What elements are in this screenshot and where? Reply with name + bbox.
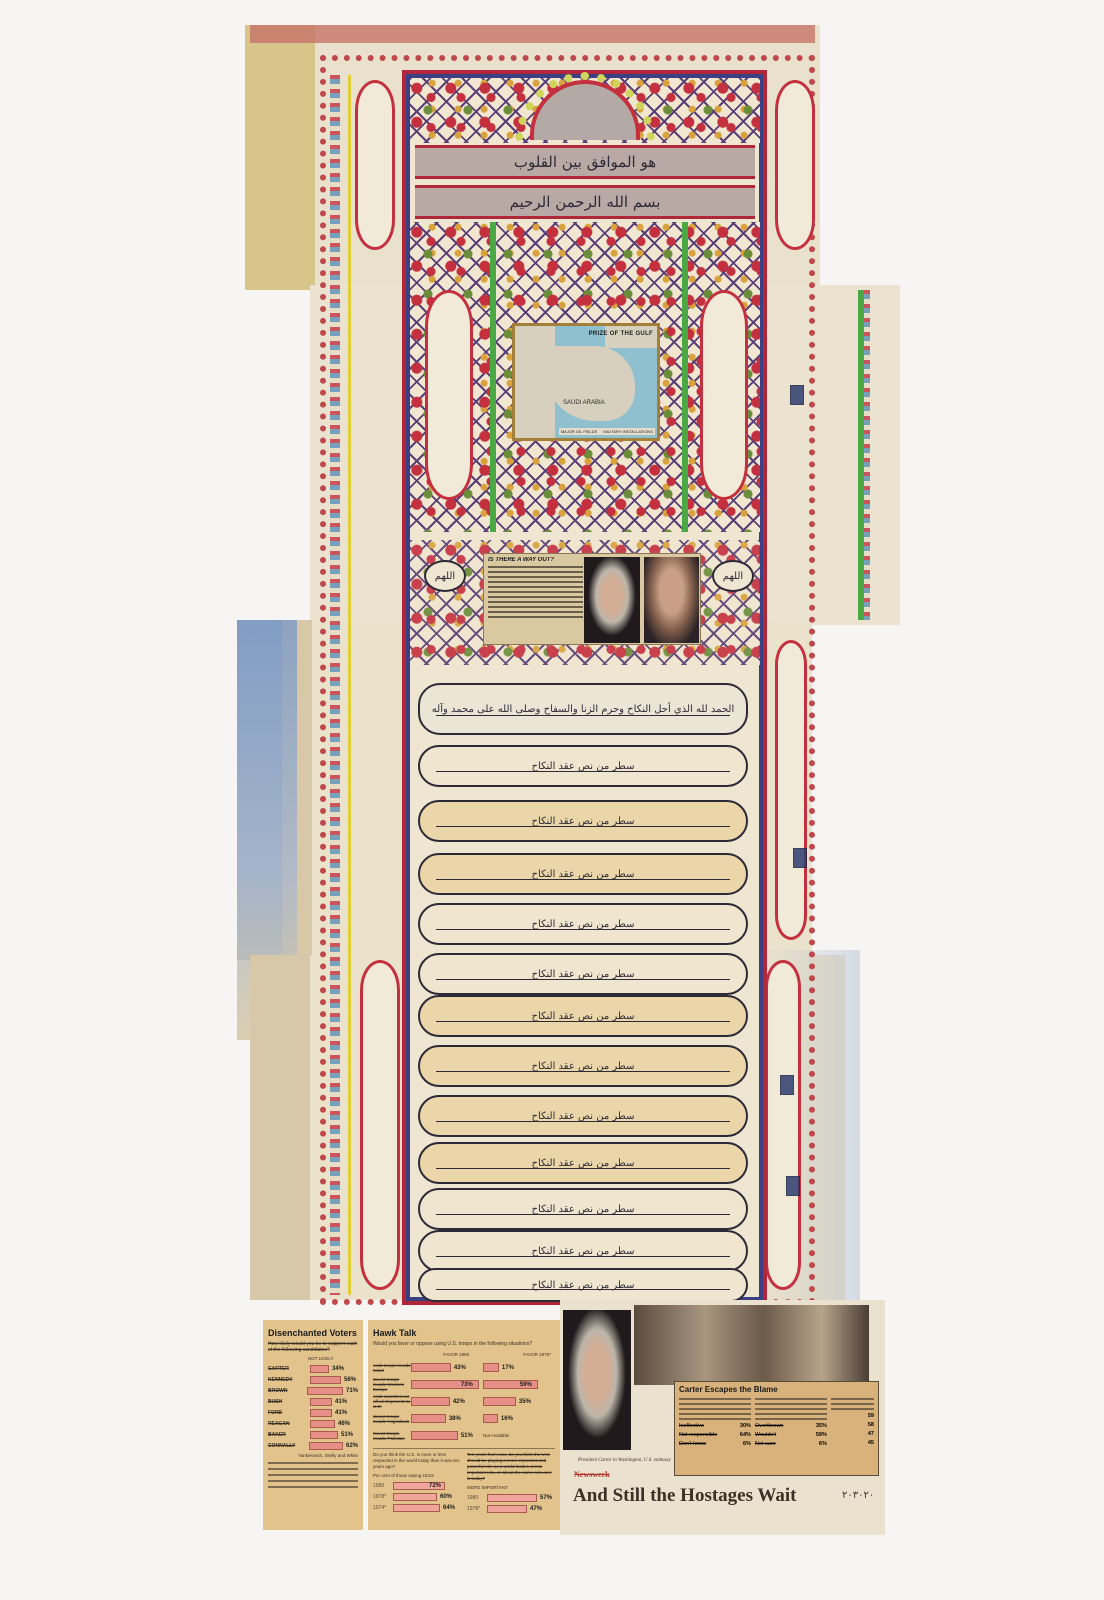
text-row: سطر من نص عقد النكاح (418, 1142, 748, 1184)
hawk-subcharts: Do you think the U.S. is more or less re… (373, 1448, 555, 1514)
bar-value: 46% (338, 1421, 350, 1427)
way-out-article: IS THERE A WAY OUT? (488, 557, 583, 641)
right-arch-panel-bottom (765, 960, 801, 1290)
bar (309, 1442, 343, 1450)
text-row-content: سطر من نص عقد النكاح (522, 761, 645, 772)
text-row-content: سطر من نص عقد النكاح (522, 1280, 645, 1291)
bar-label: BROWN (268, 1388, 307, 1394)
bar-value: 62% (346, 1443, 358, 1449)
text-row-content: سطر من نص عقد النكاح (522, 1061, 645, 1072)
header-band: هو الموافق بين القلوب (415, 145, 755, 179)
text-row: سطر من نص عقد النكاح (418, 745, 748, 787)
bar (310, 1398, 332, 1406)
text-row-content: سطر من نص عقد النكاح (522, 816, 645, 827)
voters-bar-row: BROWN71% (268, 1385, 358, 1396)
bar-label: BUSH (268, 1399, 310, 1405)
hostage-crowd-photo (634, 1305, 869, 1385)
carter-photo (584, 557, 640, 643)
cartouche-left: اللهم (424, 560, 466, 592)
way-out-clipping: IS THERE A WAY OUT? (483, 553, 701, 645)
hawk-row-label: Soviet troops invade Western Europe (373, 1377, 411, 1392)
redacted-article (268, 1462, 358, 1488)
green-pillar-right (682, 222, 688, 532)
voters-source: Yankelovich, Skelly and White (268, 1453, 358, 1458)
bar (310, 1365, 329, 1373)
map-country-label: SAUDI ARABIA (563, 400, 605, 406)
hawk-question: Would you favor or oppose using U.S. tro… (373, 1341, 555, 1347)
hawk-bar-row: Soviet troops invade Western Europe73%59… (373, 1376, 555, 1393)
bismillah-text: بسم الله الرحمن الرحيم (510, 193, 661, 211)
respect-bar-row: 198072% (373, 1480, 461, 1491)
bar-value: 41% (335, 1399, 347, 1405)
seal-stamp (780, 1075, 794, 1095)
voters-bar-row: REAGAN46% (268, 1418, 358, 1429)
hawk-column-headers: FAVOR 1980 FAVOR 1978* (373, 1350, 555, 1359)
article-redacted-lines (488, 566, 583, 618)
voters-bar-row: CONNALLY62% (268, 1440, 358, 1451)
voters-column-header: NOT LIKELY (308, 1356, 358, 1361)
voters-bar-row: CARTER34% (268, 1363, 358, 1374)
hawk-row-label: Arab countries cut off oil shipments to … (373, 1394, 411, 1409)
right-medallion-panel (700, 290, 748, 500)
seal-stamp (790, 385, 804, 405)
text-row: سطر من نص عقد النكاح (418, 1268, 748, 1302)
bar-label: FORD (268, 1410, 310, 1416)
text-row-content: سطر من نص عقد النكاح (522, 919, 645, 930)
hostages-headline: And Still the Hostages Wait (573, 1485, 796, 1507)
seal-stamp (793, 848, 807, 868)
respect-question: Do you think the U.S. is more or less re… (373, 1452, 461, 1470)
hawk-row-label: Arab troops invade Israel (373, 1363, 411, 1373)
left-arch-panel-top (355, 80, 395, 250)
hawk-chart-title: Hawk Talk (373, 1328, 555, 1338)
right-arch-panel-lower (775, 640, 807, 940)
top-red-wash (250, 25, 815, 43)
bar-value: 51% (341, 1432, 353, 1438)
map-iran-land (605, 326, 660, 348)
bar (307, 1387, 343, 1395)
text-row-content: سطر من نص عقد النكاح (522, 869, 645, 880)
bar-label: CONNALLY (268, 1443, 309, 1449)
bismillah-band: بسم الله الرحمن الرحيم (415, 185, 755, 219)
khomeini-photo (644, 557, 699, 643)
respect-subchart: Do you think the U.S. is more or less re… (373, 1452, 461, 1514)
important-sub: MORE IMPORTANT (467, 1485, 555, 1490)
photo-caption: President Carter in Washington, U.S. emb… (578, 1458, 671, 1463)
bar-value: 41% (335, 1410, 347, 1416)
voters-bar-row: KENNEDY56% (268, 1374, 358, 1385)
text-row: سطر من نص عقد النكاح (418, 953, 748, 995)
carter-close-up-photo (563, 1310, 631, 1450)
bar-label: BAKER (268, 1432, 310, 1438)
voters-bar-row: FORD41% (268, 1407, 358, 1418)
persian-date: ۲۰۳۰۲۰ (842, 1490, 874, 1501)
text-row-content: سطر من نص عقد النكاح (522, 1204, 645, 1215)
text-row-content: سطر من نص عقد النكاح (522, 1158, 645, 1169)
opening-text: الحمد لله الذي أحل النكاح وحرم الزنا وال… (422, 704, 744, 715)
text-row: سطر من نص عقد النكاح (418, 853, 748, 895)
newsweek-kicker: Newsweek (574, 1470, 610, 1479)
hawk-col2-header: FAVOR 1978* (523, 1352, 551, 1357)
bar-label: REAGAN (268, 1421, 310, 1427)
blame-col-right: 59 58 47 45 (831, 1395, 874, 1447)
bar-value: 71% (346, 1388, 358, 1394)
blame-col-mid: Overthrown35% Wouldn't59% Not sure6% (755, 1395, 827, 1447)
bar-value: 56% (344, 1377, 356, 1383)
map-arabia-land (545, 346, 635, 421)
bar-label: CARTER (268, 1366, 310, 1372)
respect-bar-row: 1974*64% (373, 1502, 461, 1513)
carter-escapes-blame-clipping: Carter Escapes the Blame Ineffective30% … (674, 1381, 879, 1476)
left-decorative-strip (330, 75, 340, 1295)
voters-chart-title: Disenchanted Voters (268, 1328, 358, 1338)
legend-military: MILITARY INSTALLATIONS (603, 429, 653, 434)
hawk-row-label: Soviet troops invade Yugoslavia (373, 1414, 411, 1424)
left-arch-panel-bottom (360, 960, 400, 1290)
hawk-row-label: Soviet troops invade Pakistan (373, 1431, 411, 1441)
left-medallion-panel (425, 290, 473, 500)
cartouche-left-text: اللهم (435, 571, 455, 582)
seal-stamp (786, 1176, 800, 1196)
text-row-content: سطر من نص عقد النكاح (522, 1011, 645, 1022)
map-title: PRIZE OF THE GULF (589, 331, 653, 337)
blame-columns: Ineffective30% Not responsible64% Don't … (675, 1395, 878, 1447)
gulf-map-clipping: PRIZE OF THE GULF SAUDI ARABIA MAJOR OIL… (512, 323, 660, 441)
blame-col-left: Ineffective30% Not responsible64% Don't … (679, 1395, 751, 1447)
important-bar-row: 1978*47% (467, 1503, 555, 1514)
bar (310, 1409, 332, 1417)
bar (310, 1376, 341, 1384)
voters-bar-row: BAKER51% (268, 1429, 358, 1440)
text-row: سطر من نص عقد النكاح (418, 800, 748, 842)
right-green-rule (858, 290, 864, 620)
respect-bar-row: 1978*60% (373, 1491, 461, 1502)
blame-title: Carter Escapes the Blame (675, 1382, 878, 1395)
hawk-bar-row: Soviet troops invade Pakistan51%Not Avai… (373, 1427, 555, 1444)
bar-value: 34% (332, 1366, 344, 1372)
legend-oil-fields: MAJOR OIL FIELDS (561, 429, 598, 434)
hawk-bar-row: Soviet troops invade Yugoslavia38%16% (373, 1410, 555, 1427)
important-subchart: Ten years from now, do you think the U.S… (467, 1452, 555, 1514)
green-pillar-left (490, 222, 496, 532)
way-out-headline: IS THERE A WAY OUT? (488, 557, 583, 563)
text-row: سطر من نص عقد النكاح (418, 903, 748, 945)
hawk-bar-row: Arab countries cut off oil shipments to … (373, 1393, 555, 1410)
voters-question: How likely would you be to support each … (268, 1341, 358, 1353)
text-row-content: سطر من نص عقد النكاح (522, 969, 645, 980)
important-question: Ten years from now, do you think the U.S… (467, 1452, 555, 1482)
important-bar-row: 198057% (467, 1492, 555, 1503)
respect-sub: Per cent of those saying LESS (373, 1473, 461, 1478)
bar-label: KENNEDY (268, 1377, 310, 1383)
not-available-label: Not Available (483, 1433, 509, 1438)
right-arch-panel-top (775, 80, 815, 250)
text-row: سطر من نص عقد النكاح (418, 1188, 748, 1230)
map-legend: MAJOR OIL FIELDS MILITARY INSTALLATIONS (559, 428, 655, 435)
header-band-text: هو الموافق بين القلوب (514, 153, 656, 171)
opening-text-row: الحمد لله الذي أحل النكاح وحرم الزنا وال… (418, 683, 748, 735)
text-row: سطر من نص عقد النكاح (418, 1095, 748, 1137)
text-row: سطر من نص عقد النكاح (418, 1045, 748, 1087)
bar (310, 1431, 338, 1439)
cartouche-right-text: اللهم (723, 571, 743, 582)
text-row: سطر من نص عقد النكاح (418, 1230, 748, 1272)
left-yellow-rule (348, 75, 351, 1295)
voters-bar-row: BUSH41% (268, 1396, 358, 1407)
hawk-bar-row: Arab troops invade Israel43%17% (373, 1359, 555, 1376)
cartouche-right: اللهم (712, 560, 754, 592)
text-row-content: سطر من نص عقد النكاح (522, 1111, 645, 1122)
text-row: سطر من نص عقد النكاح (418, 995, 748, 1037)
text-row-content: سطر من نص عقد النكاح (522, 1246, 645, 1257)
disenchanted-voters-clipping: Disenchanted Voters How likely would you… (263, 1320, 363, 1530)
hawk-col1-header: FAVOR 1980 (443, 1352, 523, 1357)
bar (310, 1420, 335, 1428)
hawk-talk-clipping: Hawk Talk Would you favor or oppose usin… (368, 1320, 560, 1530)
